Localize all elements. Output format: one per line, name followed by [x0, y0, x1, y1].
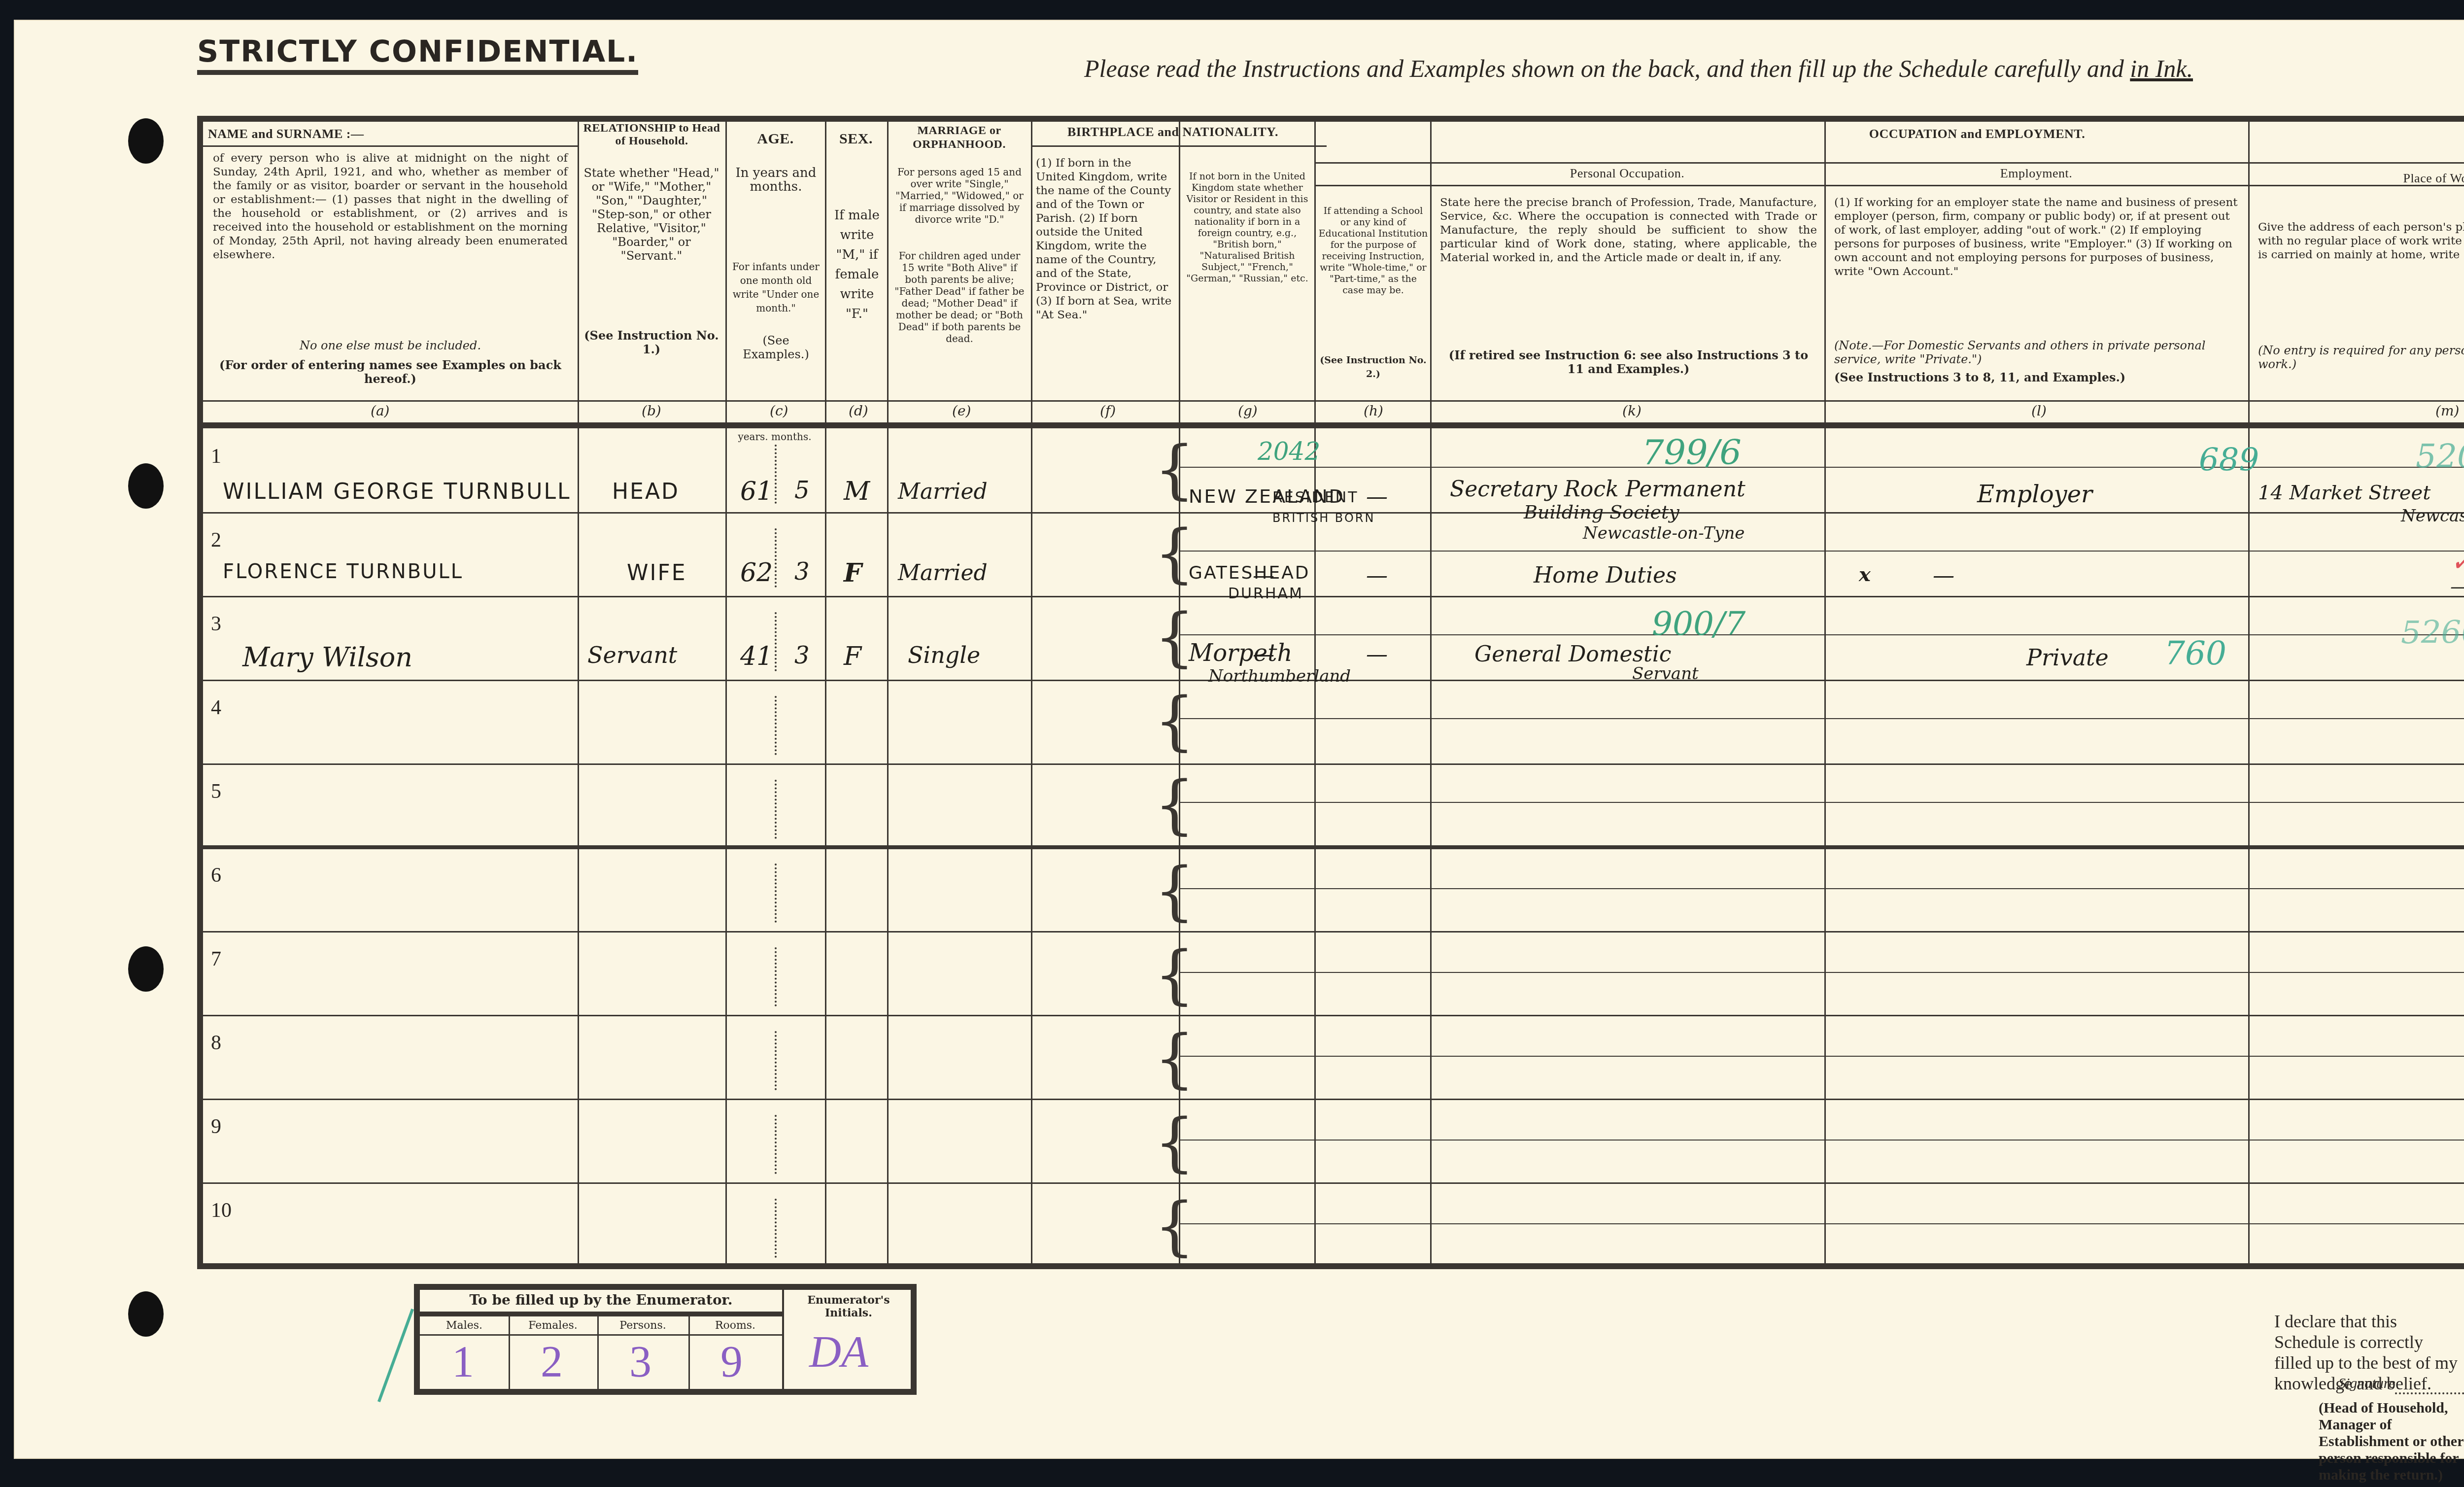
- birthplace-nationality-title: BIRTHPLACE and NATIONALITY.: [1032, 125, 1313, 139]
- col-divider: [825, 122, 826, 1263]
- rooms-value[interactable]: 9: [720, 1337, 743, 1387]
- row-1-marriage[interactable]: Married: [898, 479, 988, 504]
- col-a-title: NAME and SURNAME :—: [208, 127, 405, 141]
- col-divider: [887, 122, 889, 1263]
- col-divider: [578, 122, 579, 1263]
- col-b-text: State whether "Head," or "Wife," "Mother…: [582, 166, 720, 263]
- row-2-occupation[interactable]: Home Duties: [1534, 563, 1677, 588]
- row-1-age-years[interactable]: 61: [740, 477, 773, 506]
- col-l-see: (See Instructions 3 to 8, 11, and Exampl…: [1834, 371, 2241, 384]
- sub-rule: [1179, 802, 2464, 803]
- strictly-confidential-title: STRICTLY CONFIDENTIAL.: [197, 35, 638, 75]
- col-b-note: (See Instruction No. 1.): [582, 329, 720, 356]
- row-rule: [203, 763, 2464, 765]
- col-h-note: (See Instruction No. 2.): [1318, 353, 1429, 381]
- header-thick-rule: [203, 422, 2464, 428]
- row-1-workplace[interactable]: 14 Market Street: [2258, 482, 2430, 504]
- col-a-text: of every person who is alive at midnight…: [213, 151, 568, 262]
- brace-icon: {: [1154, 1194, 1195, 1258]
- punch-hole: [128, 118, 164, 164]
- age-subheader: years. months.: [728, 430, 821, 444]
- punch-hole: [128, 1291, 164, 1337]
- sub-rule: [1179, 888, 2464, 889]
- row-3-school[interactable]: —: [1366, 642, 1388, 667]
- row-rule: [203, 596, 2464, 597]
- row-3-employment-code: 760: [2164, 634, 2226, 672]
- row-1-workplace-2[interactable]: Newcastle-on-Tyne: [2401, 506, 2464, 526]
- persons-label: Persons.: [597, 1319, 688, 1332]
- col-letter-c: (c): [770, 403, 788, 419]
- in-ink-text: in Ink.: [2130, 55, 2193, 82]
- punch-hole: [128, 946, 164, 992]
- initials-value[interactable]: DA: [809, 1327, 868, 1378]
- row-3-occupation-code: 900/7: [1652, 605, 1745, 643]
- col-divider: [1824, 122, 1826, 1263]
- age-divider: [775, 1031, 777, 1090]
- col-a-note: No one else must be included.: [213, 339, 568, 352]
- row-2-age-months[interactable]: 3: [794, 558, 810, 586]
- col-letter-b: (b): [642, 403, 661, 419]
- sub-rule: [1179, 1056, 2464, 1057]
- row-1-school[interactable]: —: [1366, 484, 1388, 509]
- row-1-employment[interactable]: Employer: [1977, 481, 2092, 508]
- row-2-workplace-check-icon: ✓: [2450, 546, 2464, 578]
- col-letter-m: (m): [2435, 403, 2459, 419]
- females-label: Females.: [509, 1319, 597, 1332]
- row-1-nationality-code: 2042: [1258, 437, 1320, 466]
- age-divider: [775, 947, 777, 1006]
- col-divider: [2248, 122, 2250, 1263]
- row-2-employment-mark: x: [1859, 563, 1871, 586]
- row-3-age-years[interactable]: 41: [740, 642, 773, 671]
- sub-rule: [1179, 1223, 2464, 1224]
- header-rule: [203, 145, 578, 147]
- row-rule: [203, 1182, 2464, 1184]
- section-rule: [203, 845, 2464, 849]
- col-h-text: If attending a School or any kind of Edu…: [1318, 206, 1429, 296]
- instruction-banner: Please read the Instructions and Example…: [1084, 54, 2193, 83]
- col-c-see: (See Examples.): [730, 334, 821, 361]
- rooms-label: Rooms.: [688, 1319, 782, 1332]
- row-2-workplace[interactable]: —: [2450, 575, 2464, 598]
- row-2-school[interactable]: —: [1366, 563, 1388, 588]
- row-2-nationality[interactable]: —: [1253, 563, 1274, 588]
- years-label: years.: [738, 431, 768, 443]
- col-g-text: If not born in the United Kingdom state …: [1184, 171, 1311, 284]
- row-3-age-months[interactable]: 3: [794, 642, 810, 669]
- brace-icon: {: [1154, 942, 1195, 1006]
- row-1-occupation-code: 799/6: [1642, 432, 1742, 473]
- sub-rule: [1179, 972, 2464, 973]
- signature-label: Signature: [2338, 1375, 2396, 1392]
- row-number: 10: [211, 1199, 232, 1222]
- brace-icon: {: [1154, 1026, 1195, 1090]
- row-rule: [203, 1099, 2464, 1100]
- row-1-occupation-3[interactable]: Newcastle-on-Tyne: [1583, 523, 1745, 543]
- row-2-sex[interactable]: F: [844, 558, 862, 588]
- signature-line: [2395, 1392, 2464, 1394]
- col-d-title: SEX.: [826, 131, 886, 147]
- col-l-title: Employment.: [1827, 166, 2246, 181]
- signature-note: (Head of Household, Manager of Establish…: [2319, 1400, 2464, 1484]
- col-e-text: For persons aged 15 and over write "Sing…: [893, 166, 1026, 225]
- row-1-occupation-2[interactable]: Building Society: [1524, 501, 1679, 523]
- col-m-title: Place of Work.: [2251, 171, 2464, 186]
- header-rule: [203, 400, 2464, 402]
- col-letter-l: (l): [2031, 403, 2047, 419]
- months-label: months.: [771, 431, 811, 443]
- row-number: 9: [211, 1115, 221, 1139]
- col-d-text: If male write "M," if female write "F.": [830, 206, 884, 324]
- row-1-occupation[interactable]: Secretary Rock Permanent: [1450, 477, 1745, 502]
- row-number: 1: [211, 445, 221, 468]
- row-1-employment-code: 689: [2199, 442, 2259, 479]
- initials-label: Enumerator's Initials.: [785, 1294, 913, 1319]
- brace-icon: {: [1154, 689, 1195, 753]
- col-letter-f: (f): [1100, 403, 1116, 419]
- row-3-nationality[interactable]: —: [1253, 642, 1274, 667]
- age-divider: [775, 445, 777, 504]
- age-divider: [775, 780, 777, 839]
- occupation-employment-title: OCCUPATION and EMPLOYMENT.: [1317, 127, 2464, 141]
- col-divider: [1430, 122, 1432, 1263]
- header-rule: [1314, 162, 2464, 164]
- col-divider: [725, 122, 727, 1263]
- row-3-occupation-2[interactable]: Servant: [1632, 664, 1699, 684]
- divider: [420, 1334, 782, 1336]
- row-number: 4: [211, 696, 221, 720]
- row-1-sex[interactable]: M: [844, 477, 870, 506]
- age-divider: [775, 696, 777, 755]
- row-3-birthplace-2[interactable]: Northumberland: [1208, 666, 1351, 686]
- row-1-name[interactable]: WILLIAM GEORGE TURNBULL: [223, 479, 571, 504]
- sub-rule: [1179, 634, 2464, 635]
- enumerator-box-title: To be filled up by the Enumerator.: [420, 1292, 782, 1316]
- col-c-title: AGE.: [727, 131, 824, 147]
- row-2-marriage[interactable]: Married: [898, 560, 988, 586]
- col-e-title: MARRIAGE or ORPHANHOOD.: [889, 124, 1030, 151]
- divider: [782, 1290, 784, 1389]
- row-1-nationality-2[interactable]: BRITISH BORN: [1272, 511, 1375, 525]
- age-divider: [775, 1199, 777, 1258]
- col-e-note: For children aged under 15 write "Both A…: [893, 250, 1026, 345]
- row-1-nationality[interactable]: RESIDENT: [1272, 489, 1359, 506]
- brace-icon: {: [1154, 772, 1195, 836]
- age-divider: [775, 864, 777, 923]
- males-label: Males.: [420, 1319, 509, 1332]
- col-letter-h: (h): [1364, 403, 1383, 419]
- col-l-note: (Note.—For Domestic Servants and others …: [1834, 339, 2241, 366]
- row-3-occupation[interactable]: General Domestic: [1474, 642, 1671, 667]
- col-c-text: In years and months.: [730, 166, 821, 194]
- col-divider: [1031, 122, 1032, 1263]
- col-k-title: Personal Occupation.: [1433, 166, 1822, 181]
- enumerator-totals-box: To be filled up by the Enumerator. Enume…: [414, 1284, 917, 1395]
- col-divider: [1314, 122, 1316, 1263]
- col-a-order: (For order of entering names see Example…: [213, 358, 568, 386]
- col-f-text: (1) If born in the United Kingdom, write…: [1036, 156, 1174, 322]
- row-1-relationship[interactable]: HEAD: [612, 479, 680, 504]
- persons-value[interactable]: 3: [629, 1337, 651, 1387]
- row-2-employment[interactable]: —: [1933, 563, 1954, 588]
- row-3-relationship[interactable]: Servant: [587, 642, 677, 668]
- col-m-note: (No entry is required for any person who…: [2258, 344, 2464, 371]
- col-letter-g: (g): [1238, 403, 1258, 419]
- col-letter-k: (k): [1622, 403, 1642, 419]
- row-3-employment[interactable]: Private: [2026, 644, 2109, 671]
- row-3-marriage[interactable]: Single: [908, 642, 980, 668]
- row-3-sex[interactable]: F: [844, 642, 861, 671]
- age-divider: [775, 1115, 777, 1174]
- row-number: 7: [211, 947, 221, 971]
- census-table: NAME and SURNAME :— of every person who …: [197, 116, 2464, 1269]
- age-divider: [775, 528, 777, 588]
- males-value[interactable]: 1: [452, 1337, 474, 1387]
- row-rule: [203, 1015, 2464, 1016]
- sub-rule: [1179, 467, 2464, 468]
- row-1-workplace-code: 52000 3: [2416, 437, 2464, 475]
- col-letter-a: (a): [371, 403, 390, 419]
- sub-rule: [1179, 718, 2464, 719]
- row-number: 6: [211, 864, 221, 887]
- row-3-name[interactable]: Mary Wilson: [242, 642, 412, 673]
- row-2-name[interactable]: FLORENCE TURNBULL: [223, 560, 463, 583]
- col-m-text: Give the address of each person's place …: [2258, 220, 2464, 262]
- header-rule: [1031, 145, 1327, 147]
- col-b-title: RELATIONSHIP to Head of Household.: [579, 122, 724, 147]
- brace-icon: {: [1154, 1110, 1195, 1174]
- col-c-note: For infants under one month old write "U…: [730, 260, 821, 315]
- brace-icon: {: [1154, 859, 1195, 923]
- sub-rule: [1179, 551, 2464, 552]
- col-k-note: (If retired see Instruction 6: see also …: [1440, 348, 1817, 376]
- row-number: 5: [211, 780, 221, 803]
- females-value[interactable]: 2: [541, 1337, 563, 1387]
- row-1-age-months[interactable]: 5: [794, 477, 810, 504]
- sub-rule: [1179, 1140, 2464, 1141]
- col-letter-e: (e): [952, 403, 971, 419]
- row-2-birthplace[interactable]: GATESHEAD: [1189, 563, 1310, 583]
- row-3-birthplace[interactable]: Morpeth: [1189, 639, 1292, 667]
- row-3-workplace-code: 526005: [2401, 615, 2464, 651]
- col-letter-d: (d): [849, 403, 868, 419]
- punch-hole: [128, 463, 164, 509]
- age-divider: [775, 612, 777, 671]
- row-rule: [203, 931, 2464, 933]
- instruction-text: Please read the Instructions and Example…: [1084, 55, 2130, 82]
- col-l-text: (1) If working for an employer state the…: [1834, 196, 2241, 278]
- row-2-age-years[interactable]: 62: [740, 558, 773, 588]
- col-k-text: State here the precise branch of Profess…: [1440, 196, 1817, 265]
- row-number: 3: [211, 612, 221, 636]
- row-number: 8: [211, 1031, 221, 1055]
- row-2-relationship[interactable]: WIFE: [627, 560, 687, 586]
- row-number: 2: [211, 528, 221, 552]
